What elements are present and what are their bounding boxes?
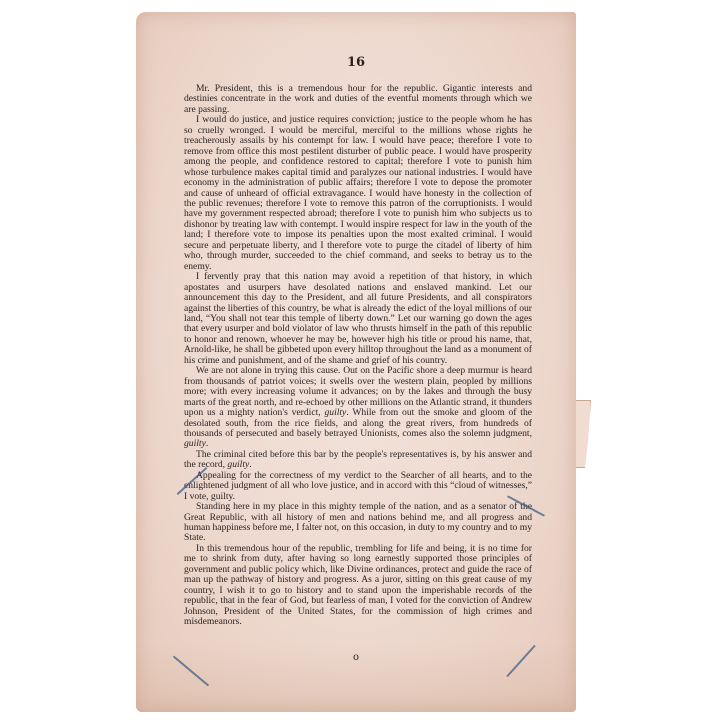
- paragraph: We are not alone in trying this cause. O…: [184, 366, 532, 450]
- paragraph: I fervently pray that this nation may av…: [184, 272, 532, 366]
- binding-tab: [576, 400, 591, 468]
- paragraph: Standing here in my place in this mighty…: [184, 502, 532, 544]
- paragraph: Appealing for the correctness of my verd…: [184, 471, 532, 502]
- page-number: 16: [136, 55, 576, 70]
- paragraph: The criminal cited before this bar by th…: [184, 450, 532, 471]
- document-page: 16 Mr. President, this is a tremendous h…: [136, 12, 576, 712]
- paragraph: In this tremendous hour of the republic,…: [184, 544, 532, 628]
- closing-ornament: o: [136, 652, 576, 663]
- paragraph: I would do justice, and justice requires…: [184, 115, 532, 272]
- body-text: Mr. President, this is a tremendous hour…: [184, 84, 532, 628]
- paragraph: Mr. President, this is a tremendous hour…: [184, 84, 532, 115]
